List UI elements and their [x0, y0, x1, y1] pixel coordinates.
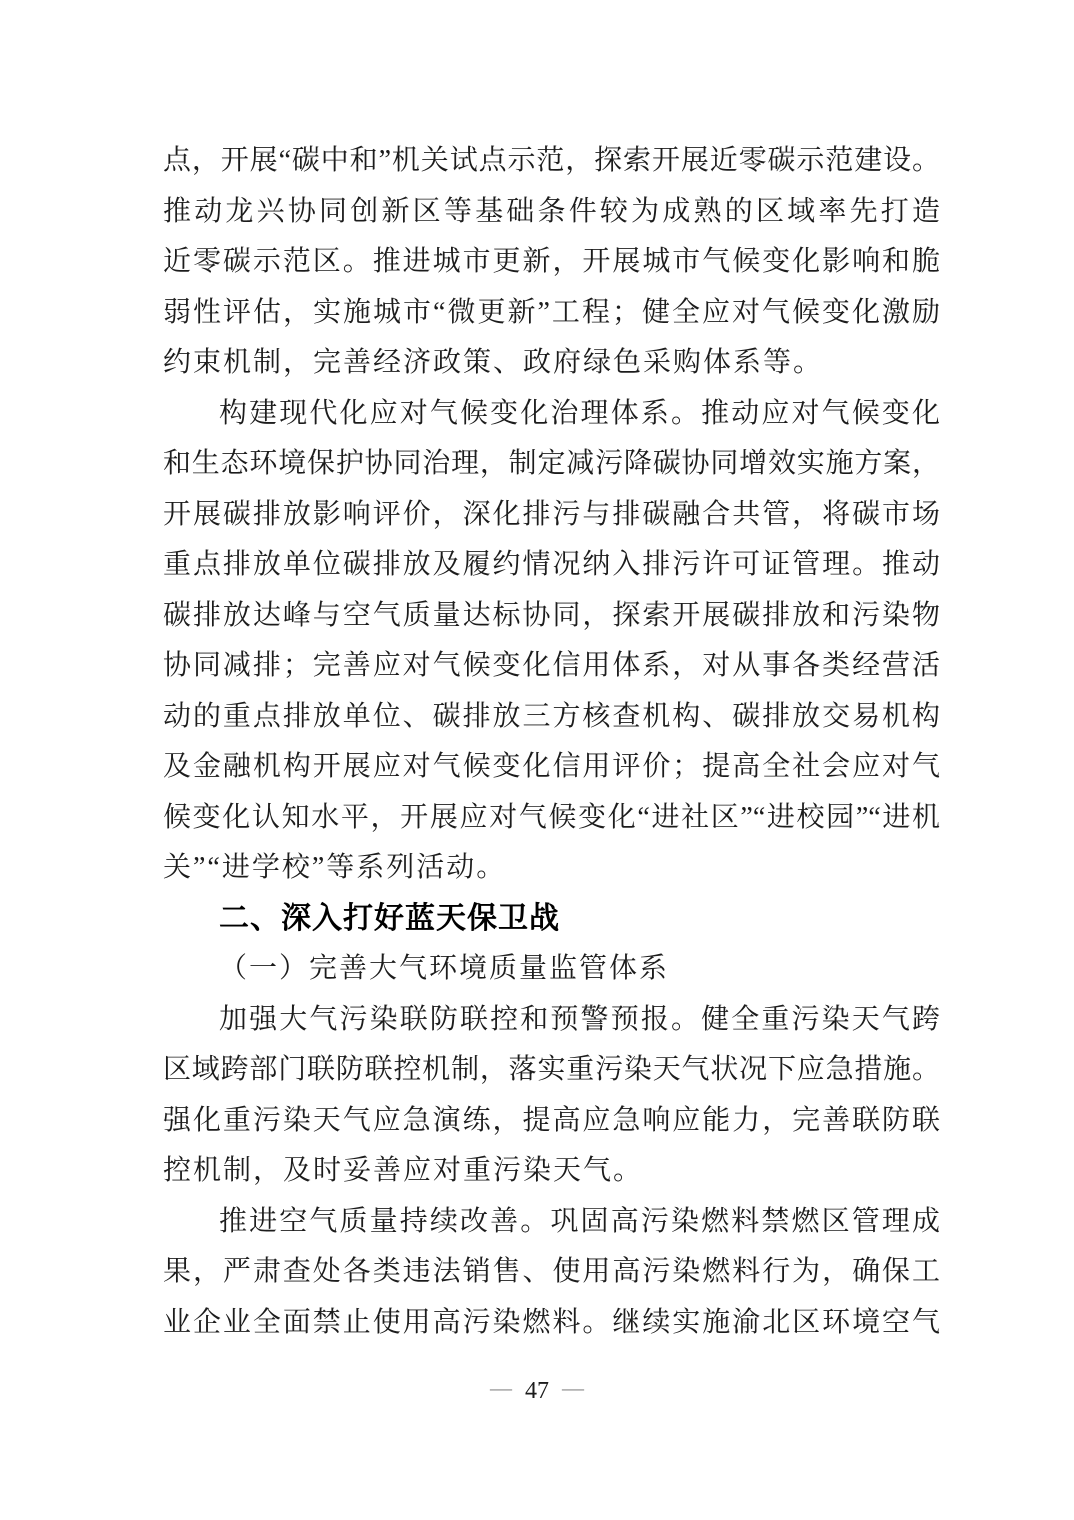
- text-line: 碳排放达峰与空气质量达标协同，探索开展碳排放和污染物: [163, 591, 940, 642]
- text-line: 协同减排；完善应对气候变化信用体系，对从事各类经营活: [163, 641, 940, 692]
- footer-dash-right: —: [562, 1375, 584, 1400]
- text-line: 约束机制，完善经济政策、政府绿色采购体系等。: [163, 338, 940, 389]
- footer-dash-left: —: [490, 1375, 512, 1400]
- document-page: 点，开展“碳中和”机关试点示范，探索开展近零碳示范建设。推动龙兴协同创新区等基础…: [0, 0, 1074, 1520]
- text-line: 果，严肃查处各类违法销售、使用高污染燃料行为，确保工: [163, 1247, 940, 1298]
- text-line: 和生态环境保护协同治理，制定减污降碳协同增效实施方案，: [163, 439, 940, 490]
- paragraph-carbon-pilot: 点，开展“碳中和”机关试点示范，探索开展近零碳示范建设。推动龙兴协同创新区等基础…: [163, 136, 940, 389]
- paragraph-air-pollution-warning: 加强大气污染联防联控和预警预报。健全重污染天气跨区域跨部门联防联控机制，落实重污…: [163, 995, 940, 1197]
- text-line: 弱性评估，实施城市“微更新”工程；健全应对气候变化激励: [163, 288, 940, 339]
- page-number: 47: [525, 1378, 549, 1404]
- text-line: 推进空气质量持续改善。巩固高污染燃料禁燃区管理成: [163, 1197, 940, 1248]
- text-line: 关”“进学校”等系列活动。: [163, 843, 940, 894]
- text-line: 控机制，及时妥善应对重污染天气。: [163, 1146, 940, 1197]
- text-line: 及金融机构开展应对气候变化信用评价；提高全社会应对气: [163, 742, 940, 793]
- text-line: 推动龙兴协同创新区等基础条件较为成熟的区域率先打造: [163, 187, 940, 238]
- subheading-section-two-one: （一）完善大气环境质量监管体系: [163, 944, 940, 995]
- text-line: 加强大气污染联防联控和预警预报。健全重污染天气跨: [163, 995, 940, 1046]
- text-line: 动的重点排放单位、碳排放三方核查机构、碳排放交易机构: [163, 692, 940, 743]
- text-line: 重点排放单位碳排放及履约情况纳入排污许可证管理。推动: [163, 540, 940, 591]
- text-line: 构建现代化应对气候变化治理体系。推动应对气候变化: [163, 389, 940, 440]
- text-line: 区域跨部门联防联控机制，落实重污染天气状况下应急措施。: [163, 1045, 940, 1096]
- text-line: （一）完善大气环境质量监管体系: [163, 944, 940, 995]
- page-footer: —47—: [0, 1376, 1074, 1406]
- text-line: 强化重污染天气应急演练，提高应急响应能力，完善联防联: [163, 1096, 940, 1147]
- text-line: 点，开展“碳中和”机关试点示范，探索开展近零碳示范建设。: [163, 136, 940, 187]
- text-line: 候变化认知水平，开展应对气候变化“进社区”“进校园”“进机: [163, 793, 940, 844]
- text-line: 二、深入打好蓝天保卫战: [163, 894, 940, 945]
- paragraph-climate-governance: 构建现代化应对气候变化治理体系。推动应对气候变化和生态环境保护协同治理，制定减污…: [163, 389, 940, 894]
- text-line: 近零碳示范区。推进城市更新，开展城市气候变化影响和脆: [163, 237, 940, 288]
- text-line: 开展碳排放影响评价，深化排污与排碳融合共管，将碳市场: [163, 490, 940, 541]
- document-body: 点，开展“碳中和”机关试点示范，探索开展近零碳示范建设。推动龙兴协同创新区等基础…: [163, 136, 940, 1348]
- text-line: 业企业全面禁止使用高污染燃料。继续实施渝北区环境空气: [163, 1298, 940, 1349]
- heading-section-two: 二、深入打好蓝天保卫战: [163, 894, 940, 945]
- paragraph-air-quality-improvement: 推进空气质量持续改善。巩固高污染燃料禁燃区管理成果，严肃查处各类违法销售、使用高…: [163, 1197, 940, 1349]
